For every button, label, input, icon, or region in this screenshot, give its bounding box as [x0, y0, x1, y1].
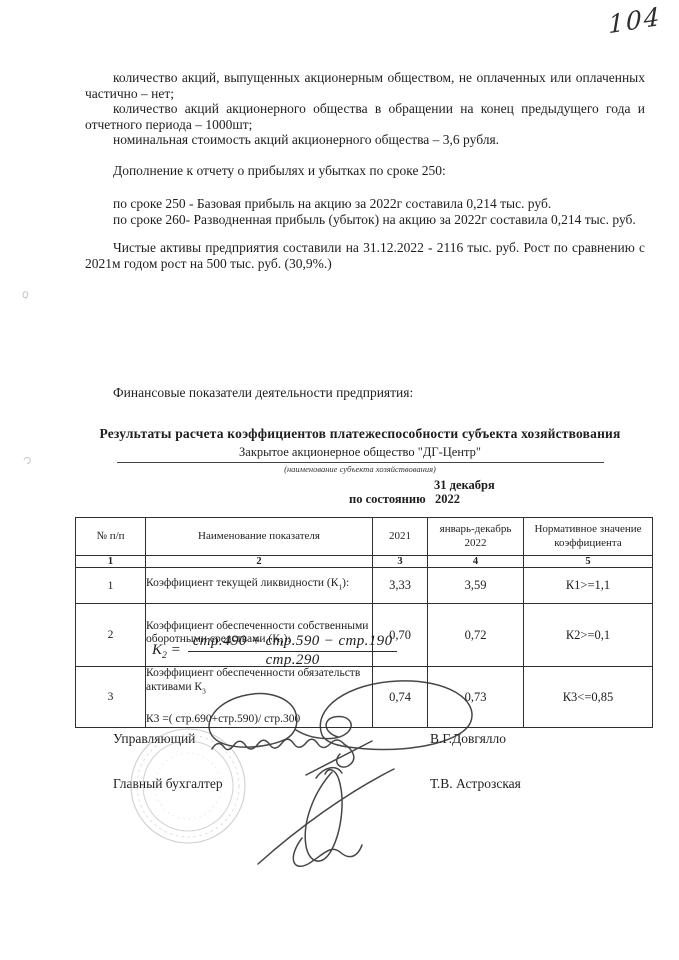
formula-text: К	[152, 642, 162, 658]
manager-name-label: В.Г.Довгялло	[430, 731, 506, 747]
paragraph: количество акций, выпущенных акционерным…	[85, 70, 645, 101]
handwritten-page-number: 104	[608, 2, 662, 40]
header-norm: Нормативное значение коэффициента	[524, 518, 653, 556]
indicator-text: Коэффициент обеспеченности обязательств …	[146, 667, 360, 693]
header-2022: январь-декабрь 2022	[428, 518, 524, 556]
indicator-name: Коэффициент обеспеченности обязательств …	[146, 667, 373, 728]
header-indicator: Наименование показателя	[146, 518, 373, 556]
col-number: 4	[428, 556, 524, 568]
norm-value: К1>=1,1	[524, 568, 653, 604]
value-2021: 0,74	[373, 667, 428, 728]
date-label: по состоянию	[349, 492, 426, 507]
accountant-role-label: Главный бухгалтер	[113, 776, 223, 792]
accountant-signature	[258, 768, 394, 867]
table-header-row: № п/п Наименование показателя 2021 январ…	[76, 518, 653, 556]
value-2022: 0,72	[428, 604, 524, 667]
row-number: 2	[76, 604, 146, 667]
value-2021: 3,33	[373, 568, 428, 604]
indicator-text: ):	[342, 577, 349, 589]
k3-formula: К3 =( стр.690+стр.590)/ стр.300	[146, 713, 372, 727]
paragraph: номинальная стоимость акций акционерного…	[85, 132, 645, 148]
fraction-denominator: стр.290	[188, 652, 398, 669]
financial-indicators-line: Финансовые показатели деятельности предп…	[113, 385, 413, 401]
indicator-text: Коэффициент текущей ликвидности (К	[146, 577, 338, 589]
col-number: 1	[76, 556, 146, 568]
value-2022: 3,59	[428, 568, 524, 604]
paragraph: количество акций акционерного общества в…	[85, 101, 645, 132]
norm-value: К3<=0,85	[524, 667, 653, 728]
table-row: 3 Коэффициент обеспеченности обязательст…	[76, 667, 653, 728]
paragraph: по сроке 250 - Базовая прибыль на акцию …	[85, 196, 645, 212]
scanned-document-page: 104 количество акций, выпущенных акционе…	[0, 0, 679, 960]
table-title-block: Результаты расчета коэффициентов платеже…	[95, 426, 625, 474]
col-number: 3	[373, 556, 428, 568]
date-year: 2022	[435, 492, 460, 507]
accountant-name-label: Т.В. Астрозская	[430, 776, 521, 792]
header-2021: 2021	[373, 518, 428, 556]
k2-formula-lhs: К2 =	[152, 642, 181, 661]
document-body: количество акций, выпущенных акционерным…	[85, 70, 645, 271]
column-numbers-row: 1 2 3 4 5	[76, 556, 653, 568]
table-title: Результаты расчета коэффициентов платеже…	[95, 426, 625, 442]
paragraph: по сроке 260- Разводненная прибыль (убыт…	[85, 212, 645, 228]
company-caption: (наименование субъекта хозяйствования)	[95, 464, 625, 474]
fraction-numerator: стр.490 + стр.590 − стр.190	[188, 633, 398, 652]
value-2022: 0,73	[428, 667, 524, 728]
company-underline: Закрытое акционерное общество "ДГ-Центр"	[117, 443, 604, 463]
formula-text: =	[167, 642, 181, 658]
col-number: 2	[146, 556, 373, 568]
manager-role-label: Управляющий	[113, 731, 195, 747]
col-number: 5	[524, 556, 653, 568]
row-number: 1	[76, 568, 146, 604]
coefficients-table: № п/п Наименование показателя 2021 январ…	[75, 517, 653, 728]
company-name: Закрытое акционерное общество "ДГ-Центр"	[239, 445, 481, 459]
indicator-subscript: 3	[202, 686, 206, 695]
k2-formula: К2 = стр.490 + стр.590 − стр.190 стр.290	[152, 633, 397, 669]
table-row: 1 Коэффициент текущей ликвидности (К1): …	[76, 568, 653, 604]
k2-fraction: стр.490 + стр.590 − стр.190 стр.290	[188, 633, 398, 669]
paragraph: Дополнение к отчету о прибылях и убытках…	[85, 163, 645, 179]
header-num: № п/п	[76, 518, 146, 556]
row-number: 3	[76, 667, 146, 728]
scan-artifacts	[23, 292, 30, 464]
norm-value: К2>=0,1	[524, 604, 653, 667]
indicator-name: Коэффициент текущей ликвидности (К1):	[146, 568, 373, 604]
date-line: 31 декабря	[434, 478, 495, 493]
paragraph: Чистые активы предприятия составили на 3…	[85, 240, 645, 271]
